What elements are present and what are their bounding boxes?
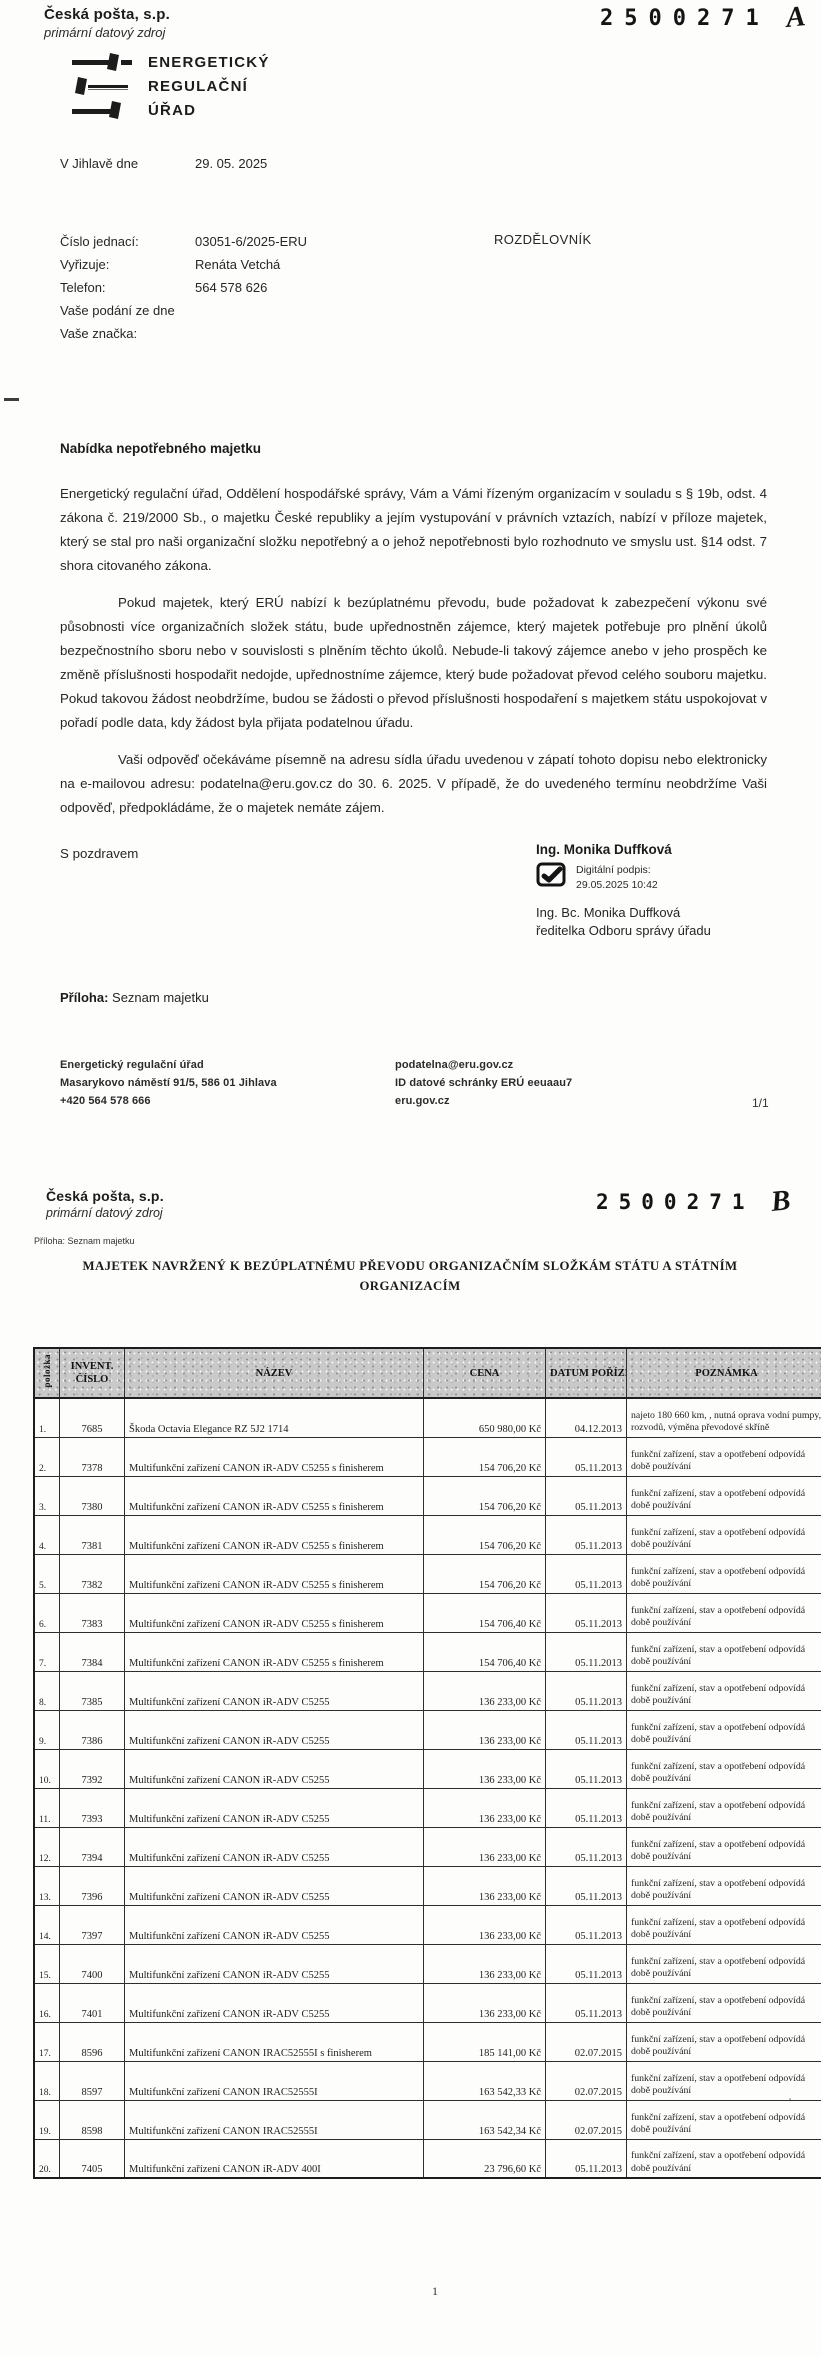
- eru-logo-mark-icon: [70, 77, 134, 95]
- cell-inventory-number: 7405: [60, 2139, 125, 2178]
- meta-label: Vaše podání ze dne: [60, 299, 195, 322]
- cell-price: 136 233,00 Kč: [424, 1827, 546, 1866]
- table-row: 20. 7405 Multifunkční zařízení CANON iR-…: [34, 2139, 821, 2178]
- digital-signature-icon: [536, 861, 568, 888]
- paragraph: Energetický regulační úřad, Oddělení hos…: [60, 482, 767, 578]
- footer-line: Masarykovo náměstí 91/5, 586 01 Jihlava: [60, 1074, 277, 1092]
- signer-name-full: Ing. Bc. Monika Duffková: [536, 905, 776, 920]
- cell-note: funkční zařízení, stav a opotřebení odpo…: [627, 2022, 821, 2061]
- cell-row-number: 6.: [34, 1593, 60, 1632]
- cell-asset-name: Multifunkční zařízení CANON IRAC52555I: [125, 2061, 424, 2100]
- cell-acquired-date: 05.11.2013: [546, 1437, 627, 1476]
- cell-acquired-date: 05.11.2013: [546, 1983, 627, 2022]
- eru-logo-mark-icon: [70, 101, 134, 119]
- cell-inventory-number: 7393: [60, 1788, 125, 1827]
- table-row: 5. 7382 Multifunkční zařízení CANON iR-A…: [34, 1554, 821, 1593]
- cell-acquired-date: 05.11.2013: [546, 1593, 627, 1632]
- closing-greeting: S pozdravem: [60, 846, 138, 861]
- stray-tick-mark: ': [789, 2095, 791, 2110]
- sender-subtitle: primární datový zdroj: [46, 1206, 164, 1220]
- cell-price: 163 542,34 Kč: [424, 2100, 546, 2139]
- scanned-document: Česká pošta, s.p. primární datový zdroj …: [0, 0, 821, 2357]
- cell-note: funkční zařízení, stav a opotřebení odpo…: [627, 1437, 821, 1476]
- cell-asset-name: Multifunkční zařízení CANON iR-ADV C5255…: [125, 1515, 424, 1554]
- cell-acquired-date: 04.12.2013: [546, 1398, 627, 1437]
- cell-acquired-date: 02.07.2015: [546, 2022, 627, 2061]
- cell-asset-name: Multifunkční zařízení CANON iR-ADV C5255: [125, 1983, 424, 2022]
- paragraph: Vaši odpověď očekáváme písemně na adresu…: [60, 748, 767, 820]
- cell-acquired-date: 05.11.2013: [546, 1710, 627, 1749]
- cell-row-number: 10.: [34, 1749, 60, 1788]
- cell-price: 136 233,00 Kč: [424, 1710, 546, 1749]
- cell-acquired-date: 05.11.2013: [546, 1827, 627, 1866]
- attachment-title: MAJETEK NAVRŽENÝ K BEZÚPLATNÉMU PŘEVODU …: [60, 1256, 760, 1296]
- cell-row-number: 3.: [34, 1476, 60, 1515]
- footer-line: +420 564 578 666: [60, 1092, 277, 1110]
- cell-inventory-number: 7383: [60, 1593, 125, 1632]
- cell-row-number: 5.: [34, 1554, 60, 1593]
- logo-text: ENERGETICKÝ: [148, 54, 270, 71]
- table-row: 11. 7393 Multifunkční zařízení CANON iR-…: [34, 1788, 821, 1827]
- cell-note: funkční zařízení, stav a opotřebení odpo…: [627, 1671, 821, 1710]
- cell-price: 136 233,00 Kč: [424, 1905, 546, 1944]
- cell-inventory-number: 7401: [60, 1983, 125, 2022]
- cell-price: 136 233,00 Kč: [424, 1671, 546, 1710]
- cell-acquired-date: 05.11.2013: [546, 1554, 627, 1593]
- meta-row: Telefon: 564 578 626: [60, 276, 307, 299]
- stamp-number: 2500271: [596, 1190, 755, 1214]
- logo-row: REGULAČNÍ: [70, 74, 270, 98]
- attachment-value: Seznam majetku: [112, 990, 209, 1005]
- header-datum-porizeni: DATUM POŘÍZENÍ: [546, 1348, 627, 1398]
- table-row: 14. 7397 Multifunkční zařízení CANON iR-…: [34, 1905, 821, 1944]
- letter-date-row: V Jihlavě dne 29. 05. 2025: [60, 152, 267, 175]
- margin-dash-mark: [4, 398, 19, 401]
- cell-note: funkční zařízení, stav a opotřebení odpo…: [627, 1632, 821, 1671]
- cell-acquired-date: 05.11.2013: [546, 1632, 627, 1671]
- meta-label: Vaše značka:: [60, 322, 195, 345]
- page2-stamp: 2500271 B: [596, 1190, 790, 1214]
- cell-row-number: 4.: [34, 1515, 60, 1554]
- cell-note: funkční zařízení, stav a opotřebení odpo…: [627, 1983, 821, 2022]
- cell-note: funkční zařízení, stav a opotřebení odpo…: [627, 1710, 821, 1749]
- cell-asset-name: Multifunkční zařízení CANON iR-ADV C5255: [125, 1827, 424, 1866]
- table-row: 7. 7384 Multifunkční zařízení CANON iR-A…: [34, 1632, 821, 1671]
- cell-price: 154 706,40 Kč: [424, 1593, 546, 1632]
- signer-title: ředitelka Odboru správy úřadu: [536, 923, 776, 938]
- cell-row-number: 13.: [34, 1866, 60, 1905]
- meta-row: Vyřizuje: Renáta Vetchá: [60, 253, 307, 276]
- cell-inventory-number: 8598: [60, 2100, 125, 2139]
- cell-note: funkční zařízení, stav a opotřebení odpo…: [627, 2061, 821, 2100]
- cell-row-number: 16.: [34, 1983, 60, 2022]
- cell-row-number: 2.: [34, 1437, 60, 1476]
- cell-note: najeto 180 660 km, , nutná oprava vodní …: [627, 1398, 821, 1437]
- table-row: 6. 7383 Multifunkční zařízení CANON iR-A…: [34, 1593, 821, 1632]
- letter-meta-block: Číslo jednací: 03051-6/2025-ERU Vyřizuje…: [60, 230, 307, 345]
- cell-price: 163 542,33 Kč: [424, 2061, 546, 2100]
- table-row: 10. 7392 Multifunkční zařízení CANON iR-…: [34, 1749, 821, 1788]
- footer-line: podatelna@eru.gov.cz: [395, 1056, 572, 1074]
- date-label: V Jihlavě dne: [60, 152, 195, 175]
- cell-inventory-number: 7394: [60, 1827, 125, 1866]
- cell-price: 136 233,00 Kč: [424, 1866, 546, 1905]
- cell-asset-name: Multifunkční zařízení CANON iR-ADV C5255…: [125, 1476, 424, 1515]
- cell-note: funkční zařízení, stav a opotřebení odpo…: [627, 1515, 821, 1554]
- meta-value: 03051-6/2025-ERU: [195, 230, 307, 253]
- footer-contact: podatelna@eru.gov.cz ID datové schránky …: [395, 1056, 572, 1110]
- digital-date: 29.05.2025 10:42: [576, 878, 658, 893]
- footer-line: Energetický regulační úřad: [60, 1056, 277, 1074]
- cell-asset-name: Multifunkční zařízení CANON iR-ADV C5255: [125, 1671, 424, 1710]
- table-row: 18. 8597 Multifunkční zařízení CANON IRA…: [34, 2061, 821, 2100]
- cell-price: 136 233,00 Kč: [424, 1749, 546, 1788]
- cell-inventory-number: 7378: [60, 1437, 125, 1476]
- cell-note: funkční zařízení, stav a opotřebení odpo…: [627, 2100, 821, 2139]
- cell-row-number: 19.: [34, 2100, 60, 2139]
- eru-logo: ENERGETICKÝ REGULAČNÍ ÚŘAD: [70, 50, 270, 122]
- cell-row-number: 18.: [34, 2061, 60, 2100]
- header-poznamka: POZNÁMKA: [627, 1348, 821, 1398]
- cell-row-number: 9.: [34, 1710, 60, 1749]
- header-invent-cislo: INVENT. ČÍSLO: [60, 1348, 125, 1398]
- logo-text: ÚŘAD: [148, 102, 196, 119]
- cell-asset-name: Multifunkční zařízení CANON iR-ADV C5255…: [125, 1554, 424, 1593]
- meta-row: Číslo jednací: 03051-6/2025-ERU: [60, 230, 307, 253]
- cell-inventory-number: 7396: [60, 1866, 125, 1905]
- cell-inventory-number: 7392: [60, 1749, 125, 1788]
- cell-inventory-number: 7397: [60, 1905, 125, 1944]
- cell-asset-name: Multifunkční zařízení CANON IRAC52555I: [125, 2100, 424, 2139]
- cell-asset-name: Multifunkční zařízení CANON iR-ADV C5255…: [125, 1593, 424, 1632]
- cell-row-number: 7.: [34, 1632, 60, 1671]
- page1-sender-block: Česká pošta, s.p. primární datový zdroj: [44, 6, 170, 40]
- cell-price: 136 233,00 Kč: [424, 1983, 546, 2022]
- cell-note: funkční zařízení, stav a opotřebení odpo…: [627, 1788, 821, 1827]
- sender-name: Česká pošta, s.p.: [46, 1188, 164, 1204]
- cell-row-number: 1.: [34, 1398, 60, 1437]
- cell-asset-name: Multifunkční zařízení CANON iR-ADV C5255: [125, 1788, 424, 1827]
- cell-inventory-number: 7382: [60, 1554, 125, 1593]
- meta-label: Vyřizuje:: [60, 253, 195, 276]
- cell-price: 154 706,40 Kč: [424, 1632, 546, 1671]
- cell-row-number: 20.: [34, 2139, 60, 2178]
- logo-text: REGULAČNÍ: [148, 78, 248, 95]
- cell-asset-name: Multifunkční zařízení CANON iR-ADV C5255: [125, 1866, 424, 1905]
- cell-note: funkční zařízení, stav a opotřebení odpo…: [627, 1944, 821, 1983]
- cell-price: 154 706,20 Kč: [424, 1515, 546, 1554]
- digital-signature-text: Digitální podpis: 29.05.2025 10:42: [576, 861, 658, 893]
- cell-price: 650 980,00 Kč: [424, 1398, 546, 1437]
- cell-asset-name: Multifunkční zařízení CANON iR-ADV 400I: [125, 2139, 424, 2178]
- signer-name-bold: Ing. Monika Duffková: [536, 842, 776, 857]
- cell-price: 154 706,20 Kč: [424, 1437, 546, 1476]
- cell-note: funkční zařízení, stav a opotřebení odpo…: [627, 1905, 821, 1944]
- table-row: 19. 8598 Multifunkční zařízení CANON IRA…: [34, 2100, 821, 2139]
- cell-inventory-number: 7384: [60, 1632, 125, 1671]
- cell-price: 185 141,00 Kč: [424, 2022, 546, 2061]
- assets-table-header: položka INVENT. ČÍSLO NÁZEV CENA DATUM P…: [34, 1348, 821, 1398]
- cell-row-number: 11.: [34, 1788, 60, 1827]
- digital-label: Digitální podpis:: [576, 863, 658, 878]
- table-row: 1. 7685 Škoda Octavia Elegance RZ 5J2 17…: [34, 1398, 821, 1437]
- cell-note: funkční zařízení, stav a opotřebení odpo…: [627, 1554, 821, 1593]
- page1-stamp: 2500271 A: [600, 6, 805, 31]
- cell-note: funkční zařízení, stav a opotřebení odpo…: [627, 1866, 821, 1905]
- meta-value: 564 578 626: [195, 276, 267, 299]
- date-value: 29. 05. 2025: [195, 152, 267, 175]
- cell-acquired-date: 05.11.2013: [546, 1788, 627, 1827]
- cell-inventory-number: 8596: [60, 2022, 125, 2061]
- page2-sender-block: Česká pošta, s.p. primární datový zdroj: [46, 1188, 164, 1220]
- cell-price: 136 233,00 Kč: [424, 1788, 546, 1827]
- cell-row-number: 17.: [34, 2022, 60, 2061]
- cell-asset-name: Multifunkční zařízení CANON iR-ADV C5255: [125, 1749, 424, 1788]
- meta-row: Vaše značka:: [60, 322, 307, 345]
- meta-label: Telefon:: [60, 276, 195, 299]
- sender-subtitle: primární datový zdroj: [44, 25, 170, 40]
- meta-value: Renáta Vetchá: [195, 253, 280, 276]
- table-row: 12. 7394 Multifunkční zařízení CANON iR-…: [34, 1827, 821, 1866]
- letter-body: Energetický regulační úřad, Oddělení hos…: [60, 482, 767, 833]
- eru-logo-mark-icon: [70, 53, 134, 71]
- table-row: 17. 8596 Multifunkční zařízení CANON IRA…: [34, 2022, 821, 2061]
- attachment-label: Příloha:: [60, 990, 108, 1005]
- meta-row: Vaše podání ze dne: [60, 299, 307, 322]
- cell-inventory-number: 7386: [60, 1710, 125, 1749]
- cell-acquired-date: 05.11.2013: [546, 1749, 627, 1788]
- cell-acquired-date: 05.11.2013: [546, 1866, 627, 1905]
- logo-row: ÚŘAD: [70, 98, 270, 122]
- cell-inventory-number: 7400: [60, 1944, 125, 1983]
- cell-acquired-date: 05.11.2013: [546, 1944, 627, 1983]
- table-row: 3. 7380 Multifunkční zařízení CANON iR-A…: [34, 1476, 821, 1515]
- cell-asset-name: Multifunkční zařízení CANON iR-ADV C5255: [125, 1905, 424, 1944]
- cell-asset-name: Škoda Octavia Elegance RZ 5J2 1714: [125, 1398, 424, 1437]
- table-row: 4. 7381 Multifunkční zařízení CANON iR-A…: [34, 1515, 821, 1554]
- page2-attachment-note: Příloha: Seznam majetku: [34, 1236, 135, 1246]
- cell-row-number: 8.: [34, 1671, 60, 1710]
- footer-address: Energetický regulační úřad Masarykovo ná…: [60, 1056, 277, 1110]
- cell-inventory-number: 8597: [60, 2061, 125, 2100]
- cell-note: funkční zařízení, stav a opotřebení odpo…: [627, 1593, 821, 1632]
- logo-row: ENERGETICKÝ: [70, 50, 270, 74]
- header-nazev: NÁZEV: [125, 1348, 424, 1398]
- cell-acquired-date: 02.07.2015: [546, 2100, 627, 2139]
- meta-label: Číslo jednací:: [60, 230, 195, 253]
- footer-page-number: 1/1: [752, 1096, 769, 1110]
- cell-note: funkční zařízení, stav a opotřebení odpo…: [627, 1476, 821, 1515]
- cell-acquired-date: 05.11.2013: [546, 2139, 627, 2178]
- cell-note: funkční zařízení, stav a opotřebení odpo…: [627, 1827, 821, 1866]
- cell-price: 136 233,00 Kč: [424, 1944, 546, 1983]
- signature-block: Ing. Monika Duffková Digitální podpis: 2…: [536, 842, 776, 938]
- assets-table: položka INVENT. ČÍSLO NÁZEV CENA DATUM P…: [33, 1347, 821, 2179]
- footer-line: eru.gov.cz: [395, 1092, 572, 1110]
- stamp-letter: B: [769, 1189, 791, 1213]
- cell-price: 154 706,20 Kč: [424, 1554, 546, 1593]
- header-cena: CENA: [424, 1348, 546, 1398]
- cell-acquired-date: 05.11.2013: [546, 1671, 627, 1710]
- page2-page-number: 1: [432, 2284, 438, 2299]
- attachment-line: Příloha: Seznam majetku: [60, 990, 209, 1005]
- table-row: 8. 7385 Multifunkční zařízení CANON iR-A…: [34, 1671, 821, 1710]
- stamp-letter: A: [785, 5, 807, 29]
- cell-asset-name: Multifunkční zařízení CANON iR-ADV C5255: [125, 1944, 424, 1983]
- table-row: 9. 7386 Multifunkční zařízení CANON iR-A…: [34, 1710, 821, 1749]
- distribution-label: ROZDĚLOVNÍK: [494, 232, 592, 247]
- cell-asset-name: Multifunkční zařízení CANON iR-ADV C5255…: [125, 1632, 424, 1671]
- cell-inventory-number: 7380: [60, 1476, 125, 1515]
- cell-row-number: 12.: [34, 1827, 60, 1866]
- cell-note: funkční zařízení, stav a opotřebení odpo…: [627, 2139, 821, 2178]
- digital-signature-row: Digitální podpis: 29.05.2025 10:42: [536, 861, 776, 893]
- cell-acquired-date: 05.11.2013: [546, 1905, 627, 1944]
- cell-asset-name: Multifunkční zařízení CANON iR-ADV C5255…: [125, 1437, 424, 1476]
- cell-inventory-number: 7685: [60, 1398, 125, 1437]
- cell-price: 154 706,20 Kč: [424, 1476, 546, 1515]
- cell-inventory-number: 7385: [60, 1671, 125, 1710]
- sender-name: Česká pošta, s.p.: [44, 6, 170, 23]
- cell-note: funkční zařízení, stav a opotřebení odpo…: [627, 1749, 821, 1788]
- assets-table-body: 1. 7685 Škoda Octavia Elegance RZ 5J2 17…: [34, 1398, 821, 2178]
- cell-acquired-date: 02.07.2015: [546, 2061, 627, 2100]
- cell-row-number: 14.: [34, 1905, 60, 1944]
- cell-price: 23 796,60 Kč: [424, 2139, 546, 2178]
- cell-asset-name: Multifunkční zařízení CANON iR-ADV C5255: [125, 1710, 424, 1749]
- cell-row-number: 15.: [34, 1944, 60, 1983]
- table-row: 15. 7400 Multifunkční zařízení CANON iR-…: [34, 1944, 821, 1983]
- table-row: 13. 7396 Multifunkční zařízení CANON iR-…: [34, 1866, 821, 1905]
- table-row: 2. 7378 Multifunkční zařízení CANON iR-A…: [34, 1437, 821, 1476]
- cell-acquired-date: 05.11.2013: [546, 1476, 627, 1515]
- cell-acquired-date: 05.11.2013: [546, 1515, 627, 1554]
- paragraph: Pokud majetek, který ERÚ nabízí k bezúpl…: [60, 591, 767, 735]
- footer-line: ID datové schránky ERÚ eeuaau7: [395, 1074, 572, 1092]
- header-polozka: položka: [34, 1348, 60, 1398]
- stamp-number: 2500271: [600, 6, 770, 31]
- cell-asset-name: Multifunkční zařízení CANON IRAC52555I s…: [125, 2022, 424, 2061]
- letter-subject: Nabídka nepotřebného majetku: [60, 441, 261, 456]
- table-row: 16. 7401 Multifunkční zařízení CANON iR-…: [34, 1983, 821, 2022]
- cell-inventory-number: 7381: [60, 1515, 125, 1554]
